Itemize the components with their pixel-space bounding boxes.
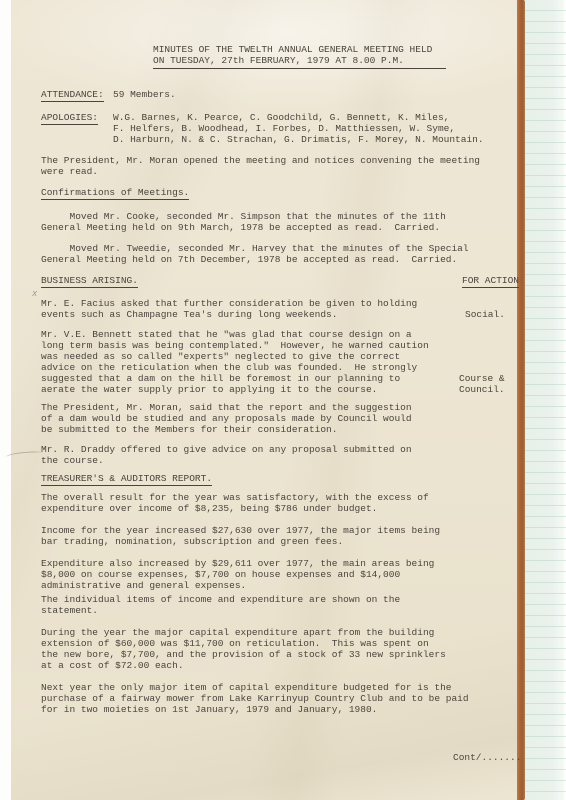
facius-paragraph: Mr. E. Facius asked that further conside… [41, 298, 511, 320]
document-title: MINUTES OF THE TWELTH ANNUAL GENERAL MEE… [153, 44, 511, 69]
attendance-row: ATTENDANCE: 59 Members. [41, 89, 511, 102]
bennett-action-line1: Course & [459, 373, 505, 384]
apologies-label: APOLOGIES: [41, 112, 98, 125]
apologies-row: APOLOGIES: W.G. Barnes, K. Pearce, C. Go… [41, 112, 511, 145]
scanned-minutes-page: MINUTES OF THE TWELTH ANNUAL GENERAL MEE… [0, 0, 566, 800]
title-line2: ON TUESDAY, 27th FEBRUARY, 1979 AT 8.00 … [153, 55, 446, 69]
for-action-column-header: FOR ACTION [462, 275, 519, 288]
apologies-line: F. Helfers, B. Woodhead, I. Forbes, D. M… [113, 123, 484, 134]
business-arising-heading-row: BUSINESS ARISING.FOR ACTION [41, 275, 511, 288]
ruled-notepaper-background [520, 0, 566, 800]
treasurer-paragraph-statement: The individual items of income and expen… [41, 594, 511, 616]
bennett-action-line2: Council. [459, 384, 505, 395]
business-arising-heading: BUSINESS ARISING. [41, 275, 138, 288]
continuation-marker: Cont/....... [453, 752, 521, 763]
apologies-names: W.G. Barnes, K. Pearce, C. Goodchild, G.… [113, 112, 484, 145]
apologies-line: D. Harburn, N. & C. Strachan, G. Drimati… [113, 134, 484, 145]
treasurer-paragraph-income: Income for the year increased $27,630 ov… [41, 525, 511, 547]
treasurer-paragraph-overall: The overall result for the year was sati… [41, 492, 511, 514]
apologies-line: W.G. Barnes, K. Pearce, C. Goodchild, G.… [113, 112, 484, 123]
confirmations-paragraph-tweedie: Moved Mr. Tweedie, seconded Mr. Harvey t… [41, 243, 511, 265]
opening-paragraph: The President, Mr. Moran opened the meet… [41, 155, 511, 177]
facius-action-label: Social. [465, 309, 505, 320]
confirmations-paragraph-cooke: Moved Mr. Cooke, seconded Mr. Simpson th… [41, 211, 511, 233]
typed-content: MINUTES OF THE TWELTH ANNUAL GENERAL MEE… [41, 44, 511, 725]
treasurer-heading: TREASURER'S & AUDITORS REPORT. [41, 473, 511, 486]
page-binding-edge [516, 0, 525, 800]
title-line1: MINUTES OF THE TWELTH ANNUAL GENERAL MEE… [153, 44, 511, 55]
moran-paragraph: The President, Mr. Moran, said that the … [41, 402, 511, 435]
draddy-paragraph: Mr. R. Draddy offered to give advice on … [41, 444, 511, 466]
confirmations-heading: Confirmations of Meetings. [41, 187, 511, 200]
treasurer-paragraph-nextyear: Next year the only major item of capital… [41, 682, 511, 715]
treasurer-paragraph-capital: During the year the major capital expend… [41, 627, 511, 671]
pencil-x-annotation: x [32, 289, 37, 299]
attendance-label: ATTENDANCE: [41, 89, 104, 102]
treasurer-paragraph-expenditure: Expenditure also increased by $29,611 ov… [41, 558, 511, 591]
bennett-paragraph: Mr. V.E. Bennett stated that he "was gla… [41, 329, 511, 395]
attendance-value: 59 Members. [113, 89, 176, 102]
